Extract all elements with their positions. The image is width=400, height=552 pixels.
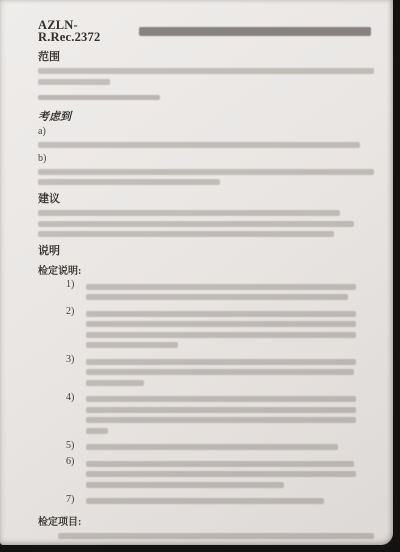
list-item-number: 4) <box>66 392 86 439</box>
list-item: 1) <box>38 279 371 305</box>
list-item-number: 2) <box>66 306 86 353</box>
redacted-text-line <box>86 471 356 477</box>
redacted-paragraph <box>38 68 371 85</box>
redacted-text-line <box>86 380 144 386</box>
redacted-text-line <box>38 79 110 85</box>
redacted-text-line <box>38 210 340 216</box>
redacted-text-line <box>38 221 354 227</box>
list-item-number: 1) <box>66 279 86 305</box>
redacted-paragraph <box>38 142 371 148</box>
clause-marker: b) <box>38 153 371 165</box>
redacted-item-text <box>86 306 371 353</box>
redacted-text-line <box>38 95 160 100</box>
redacted-text-line <box>86 369 354 375</box>
redacted-text-line <box>38 142 360 148</box>
document-page: AZLN-R.Rec.2372 范围考虑到a)b)建议说明检定说明:1)2)3)… <box>0 0 393 545</box>
redacted-text-line <box>38 68 374 74</box>
redacted-text-line <box>86 284 356 290</box>
redacted-paragraph <box>38 95 371 100</box>
list-item: 2) <box>38 306 371 353</box>
redacted-text-line <box>86 417 356 423</box>
list-item-number: 5) <box>66 440 86 455</box>
section-heading: 考虑到 <box>38 112 371 124</box>
list-item: 4) <box>38 392 371 439</box>
redacted-item-text <box>86 494 371 509</box>
list-item: 6) <box>38 456 371 492</box>
redacted-text-line <box>86 428 108 434</box>
list-item-number: 3) <box>66 354 86 390</box>
section-subheading: 检定说明: <box>38 266 371 278</box>
redacted-item-text <box>86 440 371 455</box>
redacted-text-line <box>86 294 348 300</box>
redacted-text-line <box>58 533 374 539</box>
redacted-item-text <box>86 354 371 390</box>
redacted-text-line <box>86 396 356 402</box>
redacted-text-line <box>38 169 374 175</box>
document-title-row: AZLN-R.Rec.2372 <box>38 20 371 43</box>
redacted-item-text <box>86 279 371 305</box>
clause-marker: a) <box>38 126 371 138</box>
document-number: AZLN-R.Rec.2372 <box>38 20 132 43</box>
redacted-paragraph <box>38 169 371 186</box>
redacted-text-line <box>86 342 178 348</box>
redacted-item-text <box>86 456 371 492</box>
section-heading: 说明 <box>38 246 371 258</box>
redacted-text-line <box>86 359 356 365</box>
list-item: 7) <box>38 494 371 509</box>
numbered-clause-list: 1)2)3)4)5)6)7) <box>38 279 371 509</box>
section-subheading: 检定项目: <box>38 517 371 529</box>
redacted-text-line <box>86 461 354 467</box>
redacted-text-line <box>38 179 220 185</box>
redacted-paragraph <box>58 533 371 539</box>
redacted-text-line <box>86 444 338 450</box>
section-heading: 范围 <box>38 52 371 64</box>
list-item-number: 6) <box>66 456 86 492</box>
redacted-text-line <box>86 332 356 338</box>
redacted-text-line <box>86 482 284 488</box>
redacted-text-line <box>86 311 356 317</box>
redacted-text-line <box>86 321 356 327</box>
redacted-item-text <box>86 392 371 439</box>
list-item: 5) <box>38 440 371 455</box>
document-body: AZLN-R.Rec.2372 范围考虑到a)b)建议说明检定说明:1)2)3)… <box>38 16 371 543</box>
list-item: 3) <box>38 354 371 390</box>
redacted-title-text <box>139 27 371 36</box>
section-heading: 建议 <box>38 194 371 206</box>
redacted-text-line <box>38 231 334 237</box>
photo-background: AZLN-R.Rec.2372 范围考虑到a)b)建议说明检定说明:1)2)3)… <box>0 0 400 552</box>
redacted-text-line <box>86 407 356 413</box>
list-item-number: 7) <box>66 494 86 509</box>
redacted-text-line <box>86 498 324 504</box>
redacted-paragraph <box>38 210 371 237</box>
